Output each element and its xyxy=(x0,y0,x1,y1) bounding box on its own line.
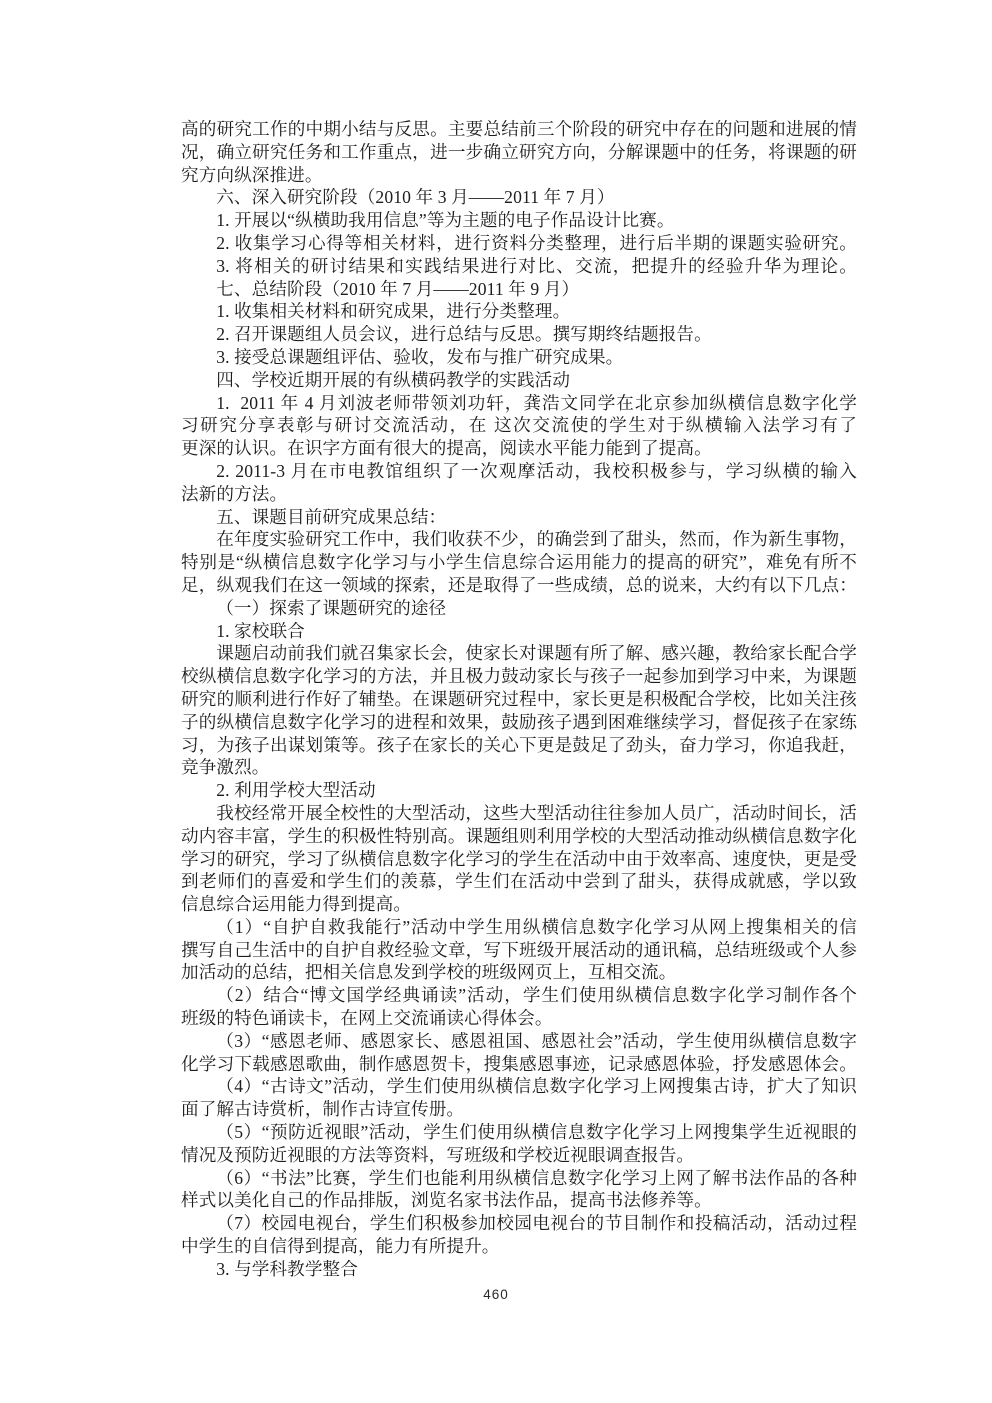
text-line: 1. 收集相关材料和研究成果，进行分类整理。 xyxy=(181,300,857,323)
text-line: 2. 利用学校大型活动 xyxy=(181,779,857,802)
text-line: 学习的研究，学习了纵横信息数字化学习的学生在活动中由于效率高、速度快，更是受 xyxy=(181,848,857,871)
text-line: 撰写自己生活中的自护自救经验文章，写下班级开展活动的通讯稿，总结班级或个人参 xyxy=(181,939,857,962)
text-line: 况，确立研究任务和工作重点，进一步确立研究方向，分解课题中的任务，将课题的研 xyxy=(181,141,857,164)
text-line: 2. 召开课题组人员会议，进行总结与反思。撰写期终结题报告。 xyxy=(181,323,857,346)
text-line: 特别是“纵横信息数字化学习与小学生信息综合运用能力的提高的研究”，难免有所不 xyxy=(181,551,857,574)
text-line: （7）校园电视台，学生们积极参加校园电视台的节目制作和投稿活动，活动过程 xyxy=(181,1212,857,1235)
text-line: 我校经常开展全校性的大型活动，这些大型活动往往参加人员广，活动时间长，活 xyxy=(181,802,857,825)
text-line: 1. 家校联合 xyxy=(181,620,857,643)
text-line: 六、深入研究阶段（2010 年 3 月——2011 年 7 月） xyxy=(181,186,857,209)
text-line: （2）结合“博文国学经典诵读”活动，学生们使用纵横信息数字化学习制作各个 xyxy=(181,984,857,1007)
text-line: 五、课题目前研究成果总结： xyxy=(181,506,857,529)
text-line: 法新的方法。 xyxy=(181,483,857,506)
text-line: （3）“感恩老师、感恩家长、感恩祖国、感恩社会”活动，学生使用纵横信息数字 xyxy=(181,1030,857,1053)
text-line: 2. 收集学习心得等相关材料，进行资料分类整理，进行后半期的课题实验研究。 xyxy=(181,232,857,255)
text-line: 信息综合运用能力得到提高。 xyxy=(181,893,857,916)
text-line: 在年度实验研究工作中，我们收获不少，的确尝到了甜头，然而，作为新生事物， xyxy=(181,528,857,551)
text-line: （一）探索了课题研究的途径 xyxy=(181,597,857,620)
text-line: 动内容丰富，学生的积极性特别高。课题组则利用学校的大型活动推动纵横信息数字化 xyxy=(181,825,857,848)
text-line: 竞争激烈。 xyxy=(181,756,857,779)
text-line: 面了解古诗赏析，制作古诗宣传册。 xyxy=(181,1098,857,1121)
text-line: 加活动的总结，把相关信息发到学校的班级网页上，互相交流。 xyxy=(181,961,857,984)
text-line: 研究的顺利进行作好了辅垫。在课题研究过程中，家长更是积极配合学校，比如关注孩 xyxy=(181,688,857,711)
document-page: 高的研究工作的中期小结与反思。主要总结前三个阶段的研究中存在的问题和进展的情况，… xyxy=(0,0,992,1403)
text-line: 3. 接受总课题组评估、验收，发布与推广研究成果。 xyxy=(181,346,857,369)
text-line: 高的研究工作的中期小结与反思。主要总结前三个阶段的研究中存在的问题和进展的情 xyxy=(181,118,857,141)
text-line: （5）“预防近视眼”活动，学生们使用纵横信息数字化学习上网搜集学生近视眼的 xyxy=(181,1121,857,1144)
text-lines: 高的研究工作的中期小结与反思。主要总结前三个阶段的研究中存在的问题和进展的情况，… xyxy=(181,118,857,1281)
text-line: 1. 开展以“纵横助我用信息”等为主题的电子作品设计比赛。 xyxy=(181,209,857,232)
text-line: 班级的特色诵读卡，在网上交流诵读心得体会。 xyxy=(181,1007,857,1030)
text-line: （4）“古诗文”活动，学生们使用纵横信息数字化学习上网搜集古诗，扩大了知识 xyxy=(181,1075,857,1098)
text-line: 更深的认识。在识字方面有很大的提高，阅读水平能力能到了提高。 xyxy=(181,437,857,460)
text-line: 1. 2011 年 4 月刘波老师带领刘功轩，龚浩文同学在北京参加纵横信息数字化… xyxy=(181,392,857,415)
text-line: 四、学校近期开展的有纵横码教学的实践活动 xyxy=(181,369,857,392)
text-line: 情况及预防近视眼的方法等资料，写班级和学校近视眼调查报告。 xyxy=(181,1144,857,1167)
text-line: 3. 将相关的研讨结果和实践结果进行对比、交流，把提升的经验升华为理论。 xyxy=(181,255,857,278)
text-line: 足，纵观我们在这一领域的探索，还是取得了一些成绩，总的说来，大约有以下几点： xyxy=(181,574,857,597)
text-line: （1）“自护自救我能行”活动中学生用纵横信息数字化学习从网上搜集相关的信息， xyxy=(181,916,857,939)
text-line: 习，为孩子出谋划策等。孩子在家长的关心下更是鼓足了劲头，奋力学习，你追我赶， xyxy=(181,734,857,757)
text-line: 课题启动前我们就召集家长会，使家长对课题有所了解、感兴趣，教给家长配合学 xyxy=(181,642,857,665)
text-line: 到老师们的喜爱和学生们的羡慕，学生们在活动中尝到了甜头，获得成就感，学以致用， xyxy=(181,870,857,893)
text-line: 3. 与学科教学整合 xyxy=(181,1258,857,1281)
text-line: 七、总结阶段（2010 年 7 月——2011 年 9 月） xyxy=(181,278,857,301)
text-line: 校纵横信息数字化学习的方法，并且极力鼓动家长与孩子一起参加到学习中来，为课题 xyxy=(181,665,857,688)
text-line: （6）“书法”比赛，学生们也能利用纵横信息数字化学习上网了解书法作品的各种 xyxy=(181,1167,857,1190)
text-line: 究方向纵深推进。 xyxy=(181,164,857,187)
text-line: 中学生的自信得到提高，能力有所提升。 xyxy=(181,1235,857,1258)
text-line: 子的纵横信息数字化学习的进程和效果，鼓励孩子遇到困难继续学习，督促孩子在家练 xyxy=(181,711,857,734)
text-line: 化学习下载感恩歌曲，制作感恩贺卡，搜集感恩事迹，记录感恩体验，抒发感恩体会。 xyxy=(181,1053,857,1076)
page-number: 460 xyxy=(0,1287,992,1302)
text-line: 样式以美化自己的作品排版，浏览名家书法作品，提高书法修养等。 xyxy=(181,1189,857,1212)
text-line: 习研究分享表彰与研讨交流活动，在 这次交流使的学生对于纵横输入法学习有了 xyxy=(181,414,857,437)
text-line: 2. 2011-3 月在市电教馆组织了一次观摩活动，我校积极参与，学习纵横的输入 xyxy=(181,460,857,483)
